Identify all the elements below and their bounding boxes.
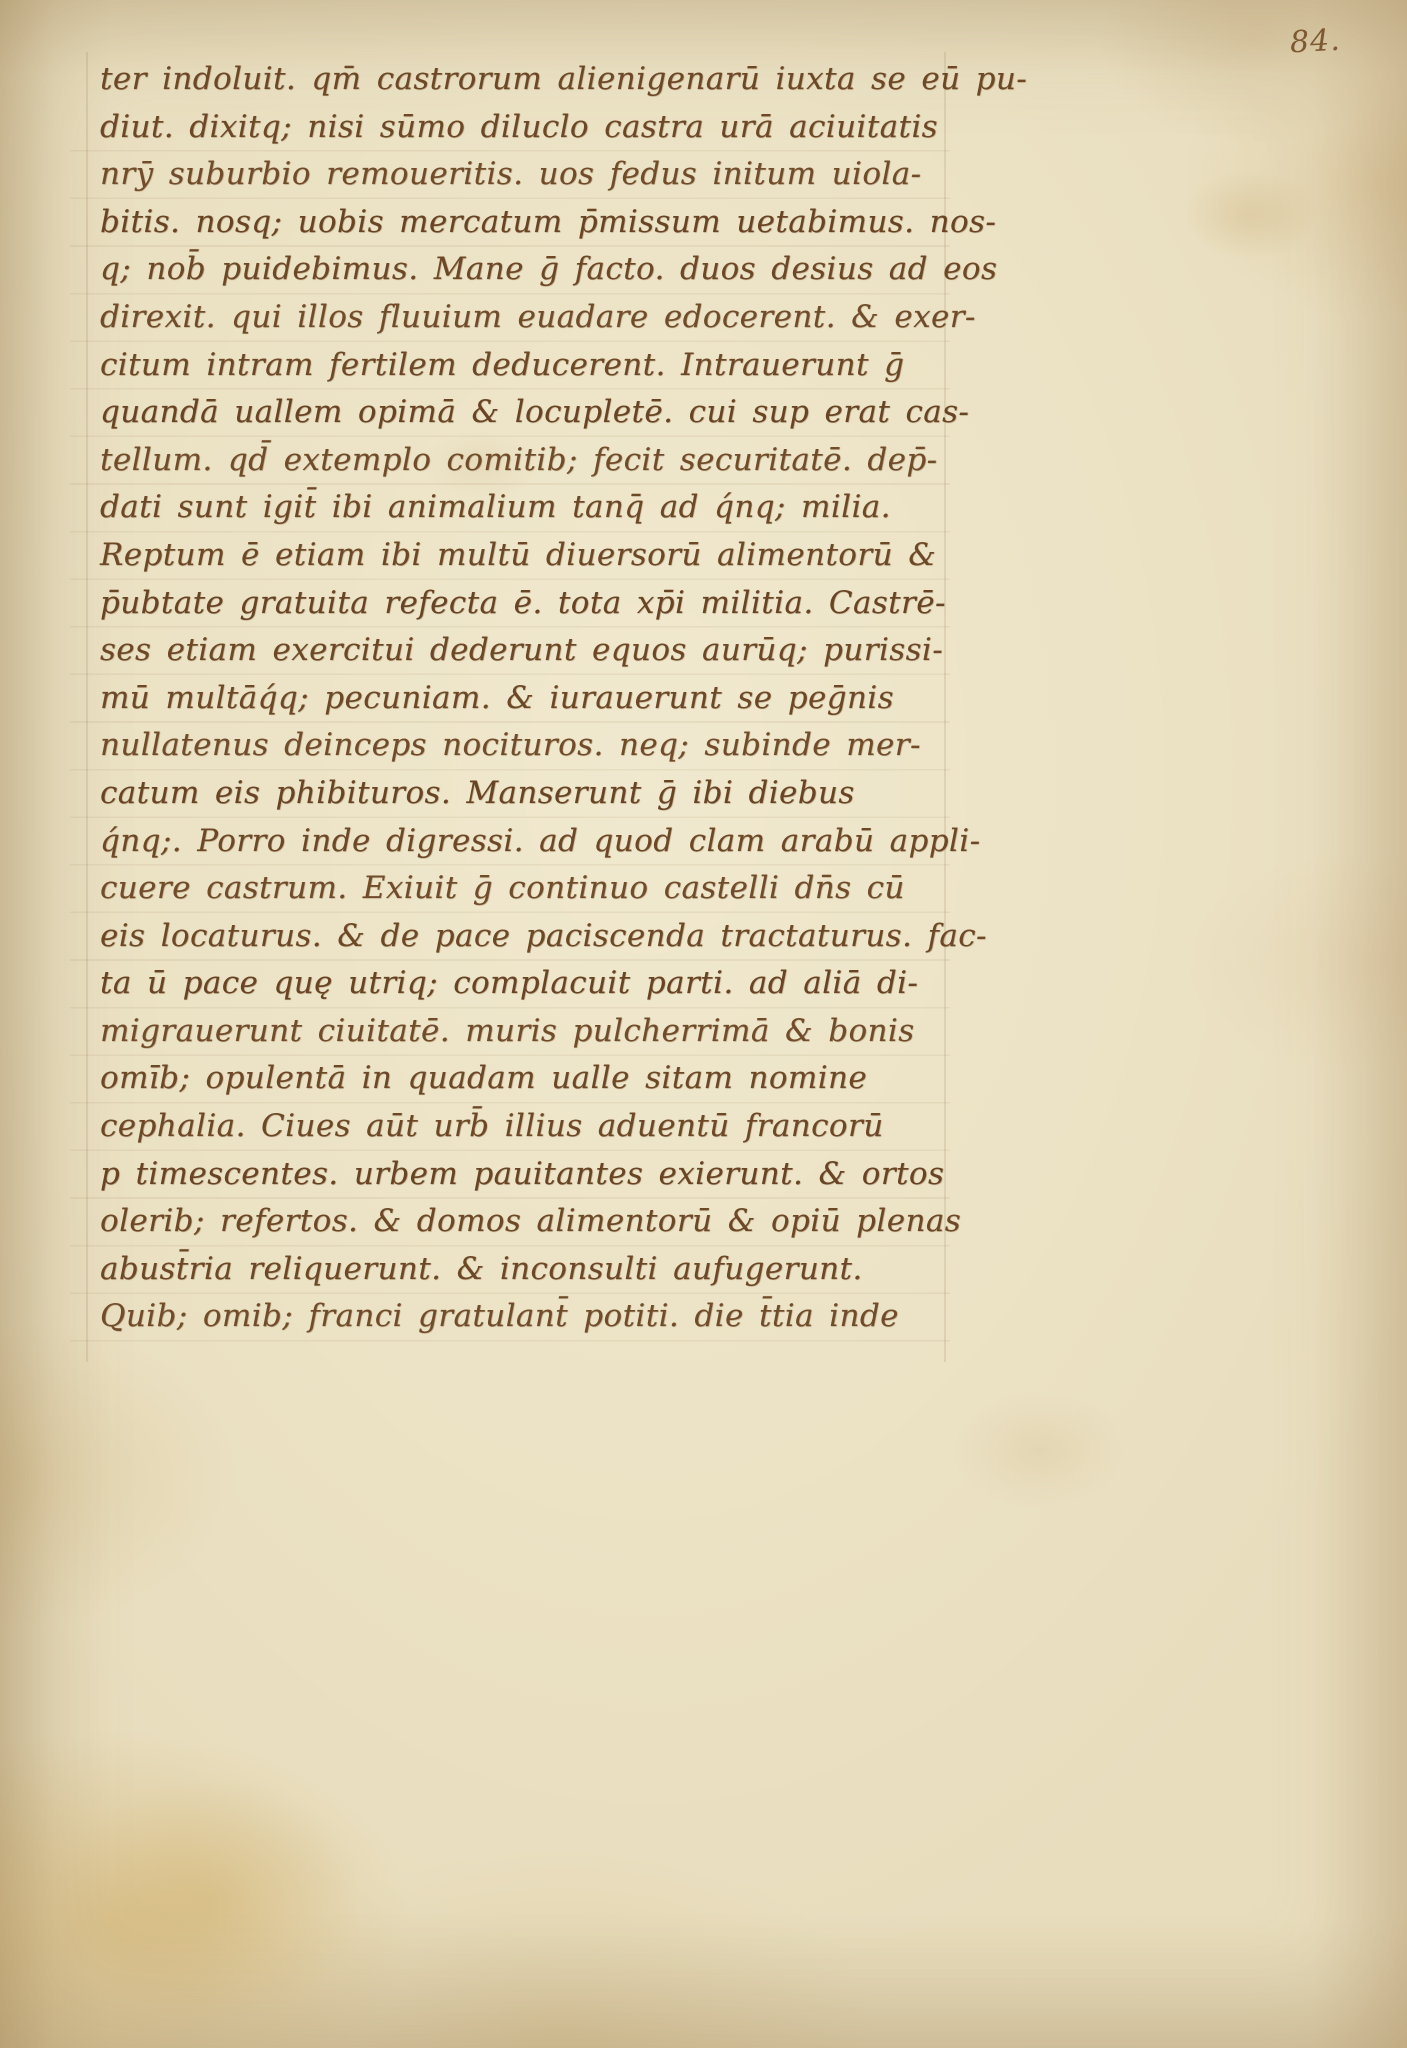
manuscript-line: citum intram fertilem deducerent. Intrau… (100, 342, 960, 390)
manuscript-line: omīb; opulentā in quadam ualle sitam nom… (100, 1055, 960, 1103)
manuscript-line: quandā uallem opimā & locupletē. cui sup… (100, 389, 960, 437)
manuscript-line: cuere castrum. Exiuit ḡ continuo castell… (100, 865, 960, 913)
manuscript-line: bitis. nosq; uobis mercatum p̄missum uet… (100, 199, 960, 247)
manuscript-line: direxit. qui illos fluuium euadare edoce… (100, 294, 960, 342)
parchment-stain (60, 1780, 360, 2020)
parchment-stain (950, 1390, 1130, 1510)
parchment-stain (1180, 170, 1320, 260)
manuscript-line: migrauerunt ciuitatē. muris pulcherrimā … (100, 1008, 960, 1056)
manuscript-line: Quib; omib; franci gratulant̄ potiti. di… (100, 1293, 960, 1341)
manuscript-line: catum eis phibituros. Manserunt ḡ ibi di… (100, 770, 960, 818)
manuscript-line: nrȳ suburbio remoueritis. uos fedus init… (100, 151, 960, 199)
manuscript-line: eis locaturus. & de pace paciscenda trac… (100, 913, 960, 961)
manuscript-line: diut. dixitq; nisi sūmo diluclo castra u… (100, 104, 960, 152)
manuscript-line: dati sunt igit̄ ibi animalium tanq̄ ad q… (100, 484, 960, 532)
text-block: ter indoluit. qm̄ castrorum alienigenarū… (100, 56, 960, 1341)
manuscript-line: cephalia. Ciues aūt urb̄ illius aduentū … (100, 1103, 960, 1151)
manuscript-line: p̄ubtate gratuita refecta ē. tota xp̄i m… (100, 580, 960, 628)
page-number: 84. (1289, 23, 1341, 61)
left-ruling-line (86, 52, 88, 1362)
manuscript-line: abust̄ria reliquerunt. & inconsulti aufu… (100, 1246, 960, 1294)
manuscript-line: olerib; refertos. & domos alimentorū & o… (100, 1198, 960, 1246)
manuscript-line: ta ū pace quę utriq; complacuit parti. a… (100, 960, 960, 1008)
manuscript-line: nullatenus deinceps nocituros. neq; subi… (100, 722, 960, 770)
manuscript-line: q; nob̄ puidebimus. Mane ḡ facto. duos d… (100, 246, 960, 294)
manuscript-line: tellum. qd̄ extemplo comitib; fecit secu… (100, 437, 960, 485)
manuscript-line: p timescentes. urbem pauitantes exierunt… (100, 1151, 960, 1199)
manuscript-line: ses etiam exercitui dederunt equos aurūq… (100, 627, 960, 675)
manuscript-line: q́nq;. Porro inde digressi. ad quod clam… (100, 818, 960, 866)
manuscript-line: ter indoluit. qm̄ castrorum alienigenarū… (100, 56, 960, 104)
manuscript-line: mū multāq́q; pecuniam. & iurauerunt se p… (100, 675, 960, 723)
manuscript-line: Reptum ē etiam ibi multū diuersorū alime… (100, 532, 960, 580)
manuscript-page: 84. ter indoluit. qm̄ castrorum alienige… (0, 0, 1407, 2048)
